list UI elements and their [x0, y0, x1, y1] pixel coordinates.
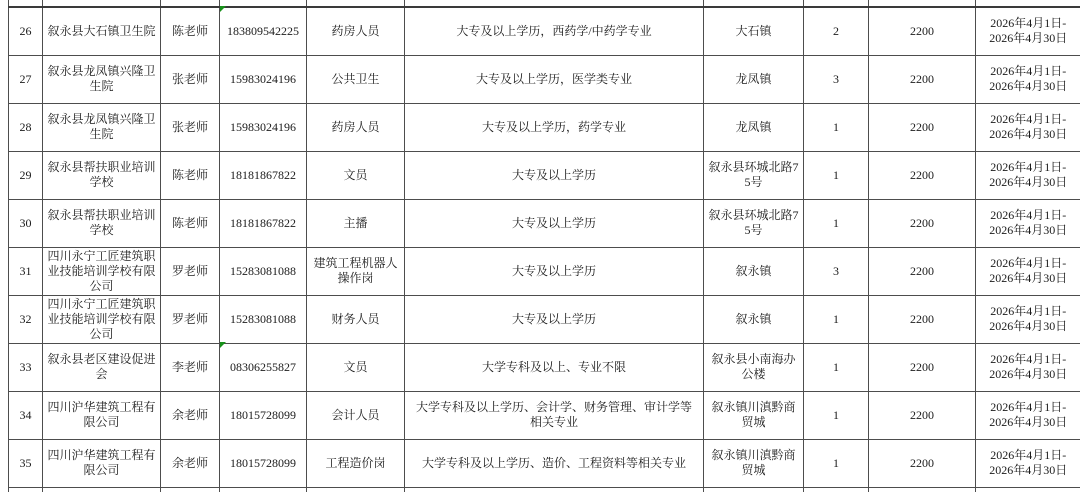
date-end: 2026年4月30日 — [979, 319, 1078, 334]
cell-location: 叙永镇 — [704, 295, 804, 343]
partial-row-below — [9, 487, 1080, 492]
table-row: 29 叙永县帮扶职业培训学校 陈老师 18181867822 文员 大专及以上学… — [9, 151, 1080, 199]
cell-organization: 叙永县帮扶职业培训学校 — [43, 151, 161, 199]
cell-headcount: 1 — [804, 439, 869, 487]
cell-organization: 四川沪华建筑工程有限公司 — [43, 391, 161, 439]
cell-position: 药房人员 — [307, 7, 405, 55]
cell-salary: 2200 — [869, 199, 976, 247]
cell-contact-person: 李老师 — [161, 343, 220, 391]
cell-phone: 18181867822 — [220, 199, 307, 247]
table-row: 35 四川沪华建筑工程有限公司 余老师 18015728099 工程造价岗 大学… — [9, 439, 1080, 487]
cell-salary: 2200 — [869, 295, 976, 343]
cell-phone: 08306255827 — [220, 343, 307, 391]
cell-headcount: 3 — [804, 247, 869, 295]
cell-position: 主播 — [307, 199, 405, 247]
cell-location: 叙永县环城北路75号 — [704, 151, 804, 199]
table-row: 26 叙永县大石镇卫生院 陈老师 183809542225 药房人员 大专及以上… — [9, 7, 1080, 55]
cell-requirements: 大学专科及以上、专业不限 — [405, 343, 704, 391]
cell-requirements: 大专及以上学历，西药学/中药学专业 — [405, 7, 704, 55]
cell-position: 药房人员 — [307, 103, 405, 151]
cell-contact-person: 罗老师 — [161, 247, 220, 295]
cell-requirements: 大专及以上学历 — [405, 199, 704, 247]
cell-organization: 叙永县老区建设促进会 — [43, 343, 161, 391]
date-start: 2026年4月1日- — [979, 256, 1078, 271]
partial-cell — [405, 0, 704, 7]
cell-contact-person: 张老师 — [161, 103, 220, 151]
partial-cell — [43, 0, 161, 7]
partial-row-above — [9, 0, 1080, 7]
cell-organization: 四川沪华建筑工程有限公司 — [43, 439, 161, 487]
cell-date-range: 2026年4月1日- 2026年4月30日 — [976, 199, 1080, 247]
table-row: 30 叙永县帮扶职业培训学校 陈老师 18181867822 主播 大专及以上学… — [9, 199, 1080, 247]
cell-date-range: 2026年4月1日- 2026年4月30日 — [976, 7, 1080, 55]
cell-headcount: 1 — [804, 295, 869, 343]
cell-phone: 15283081088 — [220, 295, 307, 343]
cell-requirements: 大专及以上学历，医学类专业 — [405, 55, 704, 103]
partial-cell — [307, 0, 405, 7]
date-end: 2026年4月30日 — [979, 415, 1078, 430]
cell-date-range: 2026年4月1日- 2026年4月30日 — [976, 295, 1080, 343]
cell-salary: 2200 — [869, 391, 976, 439]
cell-salary: 2200 — [869, 103, 976, 151]
date-start: 2026年4月1日- — [979, 112, 1078, 127]
table-row: 34 四川沪华建筑工程有限公司 余老师 18015728099 会计人员 大学专… — [9, 391, 1080, 439]
date-end: 2026年4月30日 — [979, 31, 1078, 46]
table-row: 31 四川永宁工匠建筑职业技能培训学校有限公司 罗老师 15283081088 … — [9, 247, 1080, 295]
date-end: 2026年4月30日 — [979, 367, 1078, 382]
cell-phone: 18181867822 — [220, 151, 307, 199]
date-start: 2026年4月1日- — [979, 304, 1078, 319]
date-start: 2026年4月1日- — [979, 208, 1078, 223]
job-listing-table: 26 叙永县大石镇卫生院 陈老师 183809542225 药房人员 大专及以上… — [8, 0, 1080, 492]
partial-cell — [869, 0, 976, 7]
date-start: 2026年4月1日- — [979, 400, 1078, 415]
cell-location: 叙永镇川滇黔商贸城 — [704, 391, 804, 439]
cell-date-range: 2026年4月1日- 2026年4月30日 — [976, 439, 1080, 487]
date-end: 2026年4月30日 — [979, 175, 1078, 190]
cell-phone: 15983024196 — [220, 55, 307, 103]
partial-cell — [9, 487, 43, 492]
partial-cell — [307, 487, 405, 492]
cell-row-number: 31 — [9, 247, 43, 295]
cell-row-number: 26 — [9, 7, 43, 55]
partial-cell — [976, 487, 1080, 492]
cell-row-number: 28 — [9, 103, 43, 151]
cell-contact-person: 陈老师 — [161, 151, 220, 199]
cell-date-range: 2026年4月1日- 2026年4月30日 — [976, 103, 1080, 151]
cell-salary: 2200 — [869, 343, 976, 391]
cell-position: 财务人员 — [307, 295, 405, 343]
cell-requirements: 大专及以上学历，药学专业 — [405, 103, 704, 151]
cell-date-range: 2026年4月1日- 2026年4月30日 — [976, 55, 1080, 103]
cell-date-range: 2026年4月1日- 2026年4月30日 — [976, 151, 1080, 199]
date-start: 2026年4月1日- — [979, 352, 1078, 367]
cell-row-number: 35 — [9, 439, 43, 487]
cell-organization: 四川永宁工匠建筑职业技能培训学校有限公司 — [43, 247, 161, 295]
cell-organization: 四川永宁工匠建筑职业技能培训学校有限公司 — [43, 295, 161, 343]
cell-contact-person: 余老师 — [161, 391, 220, 439]
date-end: 2026年4月30日 — [979, 271, 1078, 286]
partial-cell — [869, 487, 976, 492]
cell-headcount: 1 — [804, 199, 869, 247]
table-row: 27 叙永县龙凤镇兴隆卫生院 张老师 15983024196 公共卫生 大专及以… — [9, 55, 1080, 103]
cell-contact-person: 罗老师 — [161, 295, 220, 343]
cell-date-range: 2026年4月1日- 2026年4月30日 — [976, 247, 1080, 295]
cell-row-number: 33 — [9, 343, 43, 391]
cell-location: 龙凤镇 — [704, 55, 804, 103]
partial-cell — [704, 487, 804, 492]
cell-organization: 叙永县帮扶职业培训学校 — [43, 199, 161, 247]
cell-salary: 2200 — [869, 151, 976, 199]
cell-position: 公共卫生 — [307, 55, 405, 103]
cell-location: 龙凤镇 — [704, 103, 804, 151]
cell-location: 叙永县小南海办公楼 — [704, 343, 804, 391]
date-start: 2026年4月1日- — [979, 160, 1078, 175]
partial-cell — [220, 0, 307, 7]
cell-location: 叙永县环城北路75号 — [704, 199, 804, 247]
cell-phone: 15983024196 — [220, 103, 307, 151]
cell-requirements: 大专及以上学历 — [405, 151, 704, 199]
partial-cell — [405, 487, 704, 492]
cell-organization: 叙永县龙凤镇兴隆卫生院 — [43, 103, 161, 151]
cell-contact-person: 张老师 — [161, 55, 220, 103]
cell-row-number: 32 — [9, 295, 43, 343]
cell-row-number: 29 — [9, 151, 43, 199]
partial-cell — [976, 0, 1080, 7]
cell-requirements: 大专及以上学历 — [405, 247, 704, 295]
cell-salary: 2200 — [869, 439, 976, 487]
partial-cell — [804, 487, 869, 492]
cell-row-number: 34 — [9, 391, 43, 439]
cell-contact-person: 陈老师 — [161, 199, 220, 247]
cell-location: 大石镇 — [704, 7, 804, 55]
partial-cell — [220, 487, 307, 492]
cell-contact-person: 余老师 — [161, 439, 220, 487]
cell-organization: 叙永县大石镇卫生院 — [43, 7, 161, 55]
cell-date-range: 2026年4月1日- 2026年4月30日 — [976, 391, 1080, 439]
cell-contact-person: 陈老师 — [161, 7, 220, 55]
cell-position: 工程造价岗 — [307, 439, 405, 487]
cell-date-range: 2026年4月1日- 2026年4月30日 — [976, 343, 1080, 391]
cell-headcount: 3 — [804, 55, 869, 103]
cell-headcount: 2 — [804, 7, 869, 55]
cell-headcount: 1 — [804, 391, 869, 439]
cell-row-number: 27 — [9, 55, 43, 103]
cell-location: 叙永镇 — [704, 247, 804, 295]
cell-phone: 18015728099 — [220, 391, 307, 439]
date-start: 2026年4月1日- — [979, 64, 1078, 79]
table-row: 33 叙永县老区建设促进会 李老师 08306255827 文员 大学专科及以上… — [9, 343, 1080, 391]
cell-salary: 2200 — [869, 7, 976, 55]
partial-cell — [161, 487, 220, 492]
cell-phone: 183809542225 — [220, 7, 307, 55]
cell-requirements: 大学专科及以上学历、造价、工程资料等相关专业 — [405, 439, 704, 487]
partial-cell — [804, 0, 869, 7]
cell-position: 建筑工程机器人操作岗 — [307, 247, 405, 295]
cell-requirements: 大专及以上学历 — [405, 295, 704, 343]
cell-row-number: 30 — [9, 199, 43, 247]
cell-headcount: 1 — [804, 103, 869, 151]
table-row: 28 叙永县龙凤镇兴隆卫生院 张老师 15983024196 药房人员 大专及以… — [9, 103, 1080, 151]
partial-cell — [43, 487, 161, 492]
cell-salary: 2200 — [869, 55, 976, 103]
table-row: 32 四川永宁工匠建筑职业技能培训学校有限公司 罗老师 15283081088 … — [9, 295, 1080, 343]
date-end: 2026年4月30日 — [979, 79, 1078, 94]
cell-position: 文员 — [307, 151, 405, 199]
cell-organization: 叙永县龙凤镇兴隆卫生院 — [43, 55, 161, 103]
date-end: 2026年4月30日 — [979, 127, 1078, 142]
date-end: 2026年4月30日 — [979, 463, 1078, 478]
date-start: 2026年4月1日- — [979, 448, 1078, 463]
partial-cell — [704, 0, 804, 7]
partial-cell — [9, 0, 43, 7]
cell-phone: 18015728099 — [220, 439, 307, 487]
date-start: 2026年4月1日- — [979, 16, 1078, 31]
cell-headcount: 1 — [804, 343, 869, 391]
cell-headcount: 1 — [804, 151, 869, 199]
date-end: 2026年4月30日 — [979, 223, 1078, 238]
cell-salary: 2200 — [869, 247, 976, 295]
cell-requirements: 大学专科及以上学历、会计学、财务管理、审计学等相关专业 — [405, 391, 704, 439]
cell-phone: 15283081088 — [220, 247, 307, 295]
cell-position: 会计人员 — [307, 391, 405, 439]
partial-cell — [161, 0, 220, 7]
cell-position: 文员 — [307, 343, 405, 391]
cell-location: 叙永镇川滇黔商贸城 — [704, 439, 804, 487]
